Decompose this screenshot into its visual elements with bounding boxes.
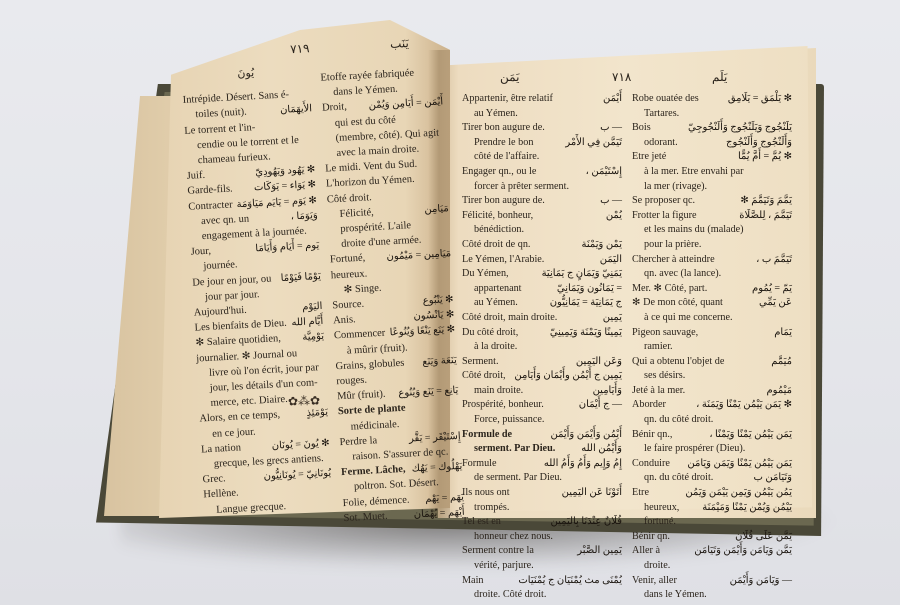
entry-arabic: أَيْمُن وَأَيْمَن وَأَيْمَن (550, 428, 622, 443)
entry-french: Etre (632, 486, 681, 501)
entry-french: qn. du côté droit. (644, 413, 792, 428)
dictionary-entry: côté de l'affaire. (462, 150, 622, 165)
dictionary-entry: ses désirs. (632, 369, 792, 384)
dictionary-entry: qn. du côté droit. (632, 413, 792, 428)
entry-french: Du côté droit, (462, 326, 546, 341)
entry-arabic: يَمُن يَيْمُن وَيَمِن يَيْمَن وَيَمُن (685, 486, 792, 501)
left-running-head: يَنَب (390, 36, 410, 52)
dictionary-entry: Etreيَمُن يَيْمُن وَيَمِن يَيْمَن وَيَمُ… (632, 486, 792, 501)
entry-arabic: إِمُ وَإِيم وَأَمُ وَأَمُ الله (544, 457, 622, 472)
entry-arabic: ✻ يُمَّ = أَمَّ يُمًّا (738, 150, 792, 165)
dictionary-entry: Venir, aller— وَيَامَن وَأَيْمَن (632, 574, 792, 589)
dictionary-entry: Aborder✻ يَمَن يَيْمُن يَمْنًا وَيَمَنَة… (632, 398, 792, 413)
dictionary-entry: odorant.وَأَلَنْجُوج وَأَلَنْجُوج (632, 136, 792, 151)
entry-french: Prendre le bon (474, 136, 561, 151)
entry-french: Robe ouatée des (632, 92, 724, 107)
entry-arabic: أَيْمَن (603, 92, 622, 107)
dictionary-entry: le faire prospérer (Dieu). (632, 442, 792, 457)
entry-arabic: — ب (600, 194, 622, 209)
entry-french: et les mains du (malade) (644, 223, 792, 238)
entry-french: Félicité, bonheur, (462, 209, 602, 224)
left-page-number: ٧١٩ (290, 41, 310, 57)
dictionary-entry: à ce qui me concerne. (632, 311, 792, 326)
entry-arabic: يُونَانِيّ = يُونَانِيُّون (263, 466, 331, 485)
entry-french: le faire prospérer (Dieu). (644, 442, 792, 457)
entry-french: Prospérité, bonheur. (462, 398, 575, 413)
entry-french: Qui a obtenu l'objet de (632, 355, 767, 370)
dictionary-entry: Mainيُمْنَى مث يُمْنَيَان ج يُمْنَيَات (462, 574, 622, 589)
dictionary-entry: Formuleإِمُ وَإِيم وَأَمُ وَأَمُ الله (462, 457, 622, 472)
entry-french: Conduire (632, 457, 683, 472)
dictionary-entry: Côté droit de qn.يَمْن وَيَمْنَة (462, 238, 622, 253)
entry-french: odorant. (644, 136, 722, 151)
entry-arabic: = يَمَانُون وَيَمَانِيّ (557, 282, 622, 297)
dictionary-entry: Force, puissance. (462, 413, 622, 428)
entry-french: pour la prière. (644, 238, 792, 253)
entry-arabic: فُلَانٌ عِنْدَنَا بِاليَمِين (551, 515, 622, 530)
dictionary-entry: Tirer bon augure de.— ب (462, 121, 622, 136)
dictionary-entry: Etre jeté✻ يُمَّ = أَمَّ يُمًّا (632, 150, 792, 165)
entry-french: qn. avec (la lance). (644, 267, 792, 282)
dictionary-entry: heureux,يَيْمُن وَيُمْن يَمْنًا وَمَيْمَ… (632, 501, 792, 516)
dictionary-entry: droite. (632, 559, 792, 574)
left-col-1: يُونَ Intrépide. Désert. Sans é-toiles (… (181, 63, 334, 533)
dictionary-entry: à la mer. Etre envahi par (632, 165, 792, 180)
dictionary-entry: ✻ De mon côté, quantعَن يَمِّي (632, 296, 792, 311)
entry-arabic: يَمّ = يُمُوم (752, 282, 792, 297)
entry-arabic: يُمْنَى مث يُمْنَيَان ج يُمْنَيَات (518, 574, 622, 589)
entry-french: main droite. (474, 384, 589, 399)
dictionary-entry: à la droite. (462, 340, 622, 355)
dictionary-entry: vérité, parjure. (462, 559, 622, 574)
dictionary-entry: Bénir qn.,يَمَن يَيْمُن يَمْنًا وَيَمْنً… (632, 428, 792, 443)
entry-french: Fortuné, heureux. (330, 250, 384, 283)
left-page-text: ٧١٩ يَنَب يُونَ Intrépide. Désert. Sans … (180, 34, 461, 447)
left-col-2: Etoffe rayée fabriquéedans le Yémen.Droi… (320, 56, 465, 526)
entry-arabic: يُمْن (606, 209, 622, 224)
dictionary-entry: appartenant= يَمَانُون وَيَمَانِيّ (462, 282, 622, 297)
entry-arabic: يَمَنِيّ وَيَمَانٍ ج يَمَانِيَة (542, 267, 622, 282)
entry-arabic: أَتَوْنَا عَن اليَمِين (562, 486, 622, 501)
dictionary-entry: bénédiction. (462, 223, 622, 238)
entry-french: vérité, parjure. (474, 559, 622, 574)
entry-arabic: يَمِين (603, 311, 622, 326)
dictionary-entry: Engager qn., ou leإِسْتَيْمَن ، (462, 165, 622, 180)
dictionary-entry: Serment.وَعَن اليَمِين (462, 355, 622, 370)
entry-french: Félicité, prospérité. L'aile (339, 202, 421, 237)
entry-french: Jeté à la mer. (632, 384, 762, 399)
dictionary-entry: qn. du côté droit.وَتَيَامَن ب (632, 471, 792, 486)
entry-french: Appartenir, être relatif (462, 92, 599, 107)
dictionary-entry: Conduireيَمَن يَيْمُن يَمْنًا وَيَمَن وَ… (632, 457, 792, 472)
entry-arabic: يَمِين الصَّبْر (577, 544, 622, 559)
entry-french: ✻ De mon côté, quant (632, 296, 755, 311)
dictionary-entry: forcer à prêter serment. (462, 180, 622, 195)
entry-french: droite. Côté droit. (474, 588, 622, 603)
entry-list: Robe ouatée des✻ يَلْمَق = يَلَامِقTarta… (632, 92, 792, 603)
entry-french: Frotter la figure (632, 209, 735, 224)
entry-arabic: أَيْهَم = يُهْمَان (413, 505, 465, 523)
entry-arabic: وَأَلَنْجُوج وَأَلَنْجُوج (726, 136, 792, 151)
entry-arabic: وَعَن اليَمِين (576, 355, 622, 370)
entry-arabic: تَيَمَّمَ ، لِلصَّلَاة (739, 209, 792, 224)
entry-french: Côté droit de qn. (462, 238, 578, 253)
entry-arabic: تَيَمَّن فِي الأَمْر (565, 136, 622, 151)
entry-arabic: — ج أَيْمَان (579, 398, 622, 413)
dictionary-entry: Côté droit, main droite.يَمِين (462, 311, 622, 326)
dictionary-entry: et les mains du (malade) (632, 223, 792, 238)
entry-french: forcer à prêter serment. (474, 180, 622, 195)
entry-french: à ce qui me concerne. (644, 311, 792, 326)
entry-french: Serment contre la (462, 544, 573, 559)
dictionary-entry: Ils nous ontأَتَوْنَا عَن اليَمِين (462, 486, 622, 501)
dictionary-entry: de serment. Par Dieu. (462, 471, 622, 486)
entry-french: Se proposer qc. (632, 194, 736, 209)
right-page-columns: Appartenir, être relatifأَيْمَنau Yémen.… (462, 92, 792, 603)
entry-arabic: يَمَن يَيْمُن يَمْنًا وَيَمَن وَيَامَن (687, 457, 792, 472)
dictionary-entry: qn. avec (la lance). (632, 267, 792, 282)
entry-arabic: — وَيَامَن وَأَيْمَن (730, 574, 792, 589)
entry-arabic: يَمْن وَيَمْنَة (582, 238, 622, 253)
entry-french: Côté droit, (462, 369, 510, 384)
entry-arabic: يَمَام (774, 326, 792, 341)
dictionary-entry: honneur chez nous. (462, 530, 622, 545)
dictionary-entry: main droite.وَأَيَامِين (462, 384, 622, 399)
entry-french: appartenant (474, 282, 553, 297)
dictionary-entry: Mer. ✻ Côté, part.يَمّ = يُمُوم (632, 282, 792, 297)
entry-french: Aller à (632, 544, 690, 559)
entry-list: Appartenir, être relatifأَيْمَنau Yémen.… (462, 92, 622, 603)
entry-french: Bénir qn. (632, 530, 731, 545)
right-col-2: Robe ouatée des✻ يَلْمَق = يَلَامِقTarta… (632, 92, 792, 603)
entry-arabic: يَمَّمَ وَتَيَمَّمَ ✻ (740, 194, 792, 209)
dictionary-entry: droite. Côté droit. (462, 588, 622, 603)
entry-french: la mer (rivage). (644, 180, 792, 195)
entry-french: honneur chez nous. (474, 530, 622, 545)
entry-french: Grec. Hellène. (202, 470, 261, 503)
entry-french: bénédiction. (474, 223, 622, 238)
entry-arabic: أَيَّام الله (291, 314, 324, 331)
entry-french: Bénir qn., (632, 428, 705, 443)
entry-french: serment. Par Dieu. (474, 442, 577, 457)
dictionary-entry: ramier. (632, 340, 792, 355)
dictionary-entry: Prospérité, bonheur.— ج أَيْمَان (462, 398, 622, 413)
entry-french: Le Yémen, l'Arabie. (462, 253, 596, 268)
entry-french: dans le Yémen. (644, 588, 792, 603)
entry-arabic: يَمَن يَيْمُن يَمْنًا وَيَمْنًا ، (709, 428, 792, 443)
dictionary-entry: Boisيَلَنْجُوج وَيَلَنْجُوج وَأَلَنْجُوج… (632, 121, 792, 136)
right-running-head-left: يَمَن (500, 70, 519, 85)
right-col-1: Appartenir, être relatifأَيْمَنau Yémen.… (462, 92, 622, 603)
entry-french: à la droite. (474, 340, 622, 355)
entry-french: Pigeon sauvage, (632, 326, 770, 341)
dictionary-entry: Tartares. (632, 107, 792, 122)
dictionary-entry: dans le Yémen. (632, 588, 792, 603)
entry-arabic: اليَمَن (600, 253, 622, 268)
entry-french: Bois (632, 121, 684, 136)
entry-arabic: وَتَيَامَن ب (753, 471, 792, 486)
entry-french: au Yémen. (474, 296, 546, 311)
entry-french: Ils nous ont (462, 486, 558, 501)
dictionary-entry: Serment contre laيَمِين الصَّبْر (462, 544, 622, 559)
dictionary-entry: Pigeon sauvage,يَمَام (632, 326, 792, 341)
dictionary-entry: Le Yémen, l'Arabie.اليَمَن (462, 253, 622, 268)
dictionary-entry: Frotter la figureتَيَمَّمَ ، لِلصَّلَاة (632, 209, 792, 224)
entry-arabic: ✻ يَنْبُوع (422, 292, 454, 309)
dictionary-entry: Tel est enفُلَانٌ عِنْدَنَا بِاليَمِين (462, 515, 622, 530)
entry-french: à la mer. Etre envahi par (644, 165, 792, 180)
entry-list: Intrépide. Désert. Sans é-toiles (nuit).… (182, 86, 333, 518)
entry-french: Du Yémen, (462, 267, 538, 282)
dictionary-entry: serment. Par Dieu.وَأَيْمُن الله (462, 442, 622, 457)
entry-arabic: وَيَوَمَا ، (290, 208, 318, 225)
entry-french: heureux, (644, 501, 698, 516)
dictionary-entry: Du Yémen,يَمَنِيّ وَيَمَانٍ ج يَمَانِيَة (462, 267, 622, 282)
entry-arabic: وَأَيْمُن الله (581, 442, 622, 457)
dictionary-entry: Formule deأَيْمُن وَأَيْمَن وَأَيْمَن (462, 428, 622, 443)
entry-french: Tirer bon augure de. (462, 194, 596, 209)
dictionary-entry: au Yémen. (462, 107, 622, 122)
entry-arabic: يَلَنْجُوج وَيَلَنْجُوج وَأَلَنْجُوجِيّ (688, 121, 792, 136)
entry-french: Chercher à atteindre (632, 253, 752, 268)
entry-arabic: يَوْمِيَّة (302, 329, 324, 345)
right-page-text: يَمَن ٧١٨ يَلَم Appartenir, être relatif… (462, 70, 792, 470)
entry-arabic: يَمِينًا وَيَمْنَة وَيَمِينِيّ (550, 326, 622, 341)
entry-french: Grains, globules rouges. (335, 355, 419, 390)
dictionary-entry: Côté droit,يَمِين ج أَيْمُن وأَيْمَان وَ… (462, 369, 622, 384)
entry-french: fortuné. (644, 515, 792, 530)
entry-arabic: مُيَمَّم (771, 355, 792, 370)
entry-arabic: ✻ يَمَن يَيْمُن يَمْنًا وَيَمَنَة ، (696, 398, 792, 413)
right-page-header: يَمَن ٧١٨ يَلَم (462, 70, 792, 92)
entry-french: Mer. ✻ Côté, part. (632, 282, 748, 297)
entry-french: ses désirs. (644, 369, 792, 384)
dictionary-entry: fortuné. (632, 515, 792, 530)
entry-arabic: مَيْمُوم (766, 384, 792, 399)
photo-scene: ٧١٩ يَنَب يُونَ Intrépide. Désert. Sans … (0, 0, 900, 605)
entry-french: Côté droit, main droite. (462, 311, 599, 326)
dictionary-entry: Se proposer qc.يَمَّمَ وَتَيَمَّمَ ✻ (632, 194, 792, 209)
dictionary-entry: Qui a obtenu l'objet deمُيَمَّم (632, 355, 792, 370)
entry-french: de serment. Par Dieu. (474, 471, 622, 486)
entry-french: Formule (462, 457, 540, 472)
entry-french: Tartares. (644, 107, 792, 122)
entry-french: Formule de (462, 428, 546, 443)
dictionary-entry: Chercher à atteindreتَيَمَّمَ ب ، (632, 253, 792, 268)
dictionary-entry: Appartenir, être relatifأَيْمَن (462, 92, 622, 107)
dictionary-entry: Félicité, bonheur,يُمْن (462, 209, 622, 224)
entry-french: Etre jeté (632, 150, 734, 165)
left-page-columns: يُونَ Intrépide. Désert. Sans é-toiles (… (181, 56, 465, 533)
entry-arabic: يَمَّن عَلَى فُلَان (735, 530, 792, 545)
dictionary-entry: Prendre le bonتَيَمَّن فِي الأَمْر (462, 136, 622, 151)
dictionary-entry: pour la prière. (632, 238, 792, 253)
entry-french: qn. du côté droit. (644, 471, 749, 486)
entry-french: Aborder (632, 398, 692, 413)
dictionary-entry: la mer (rivage). (632, 180, 792, 195)
right-running-head-right: يَلَم (712, 70, 727, 85)
entry-arabic: مَيَامِين = مَيْمُون (386, 247, 451, 266)
entry-french: Serment. (462, 355, 572, 370)
entry-arabic: إِسْتَيْمَن ، (586, 165, 622, 180)
dictionary-entry: Du côté droit,يَمِينًا وَيَمْنَة وَيَمِي… (462, 326, 622, 341)
entry-arabic: عَن يَمِّي (759, 296, 792, 311)
entry-french: trompés. (474, 501, 622, 516)
dictionary-entry: Tirer bon augure de.— ب (462, 194, 622, 209)
entry-arabic: مَيَامِن (424, 201, 449, 217)
entry-list: Etoffe rayée fabriquéedans le Yémen.Droi… (320, 64, 465, 526)
page-ornament: ✿⁂✿ (288, 393, 321, 409)
entry-arabic: اليَوْم (302, 299, 323, 315)
entry-french: Tel est en (462, 515, 547, 530)
entry-arabic: تَيَمَّمَ ب ، (756, 253, 792, 268)
dictionary-entry: Jeté à la mer.مَيْمُوم (632, 384, 792, 399)
entry-french: Tirer bon augure de. (462, 121, 596, 136)
entry-arabic: ✻ يَلْمَق = يَلَامِق (728, 92, 792, 107)
dictionary-entry: Bénir qn.يَمَّن عَلَى فُلَان (632, 530, 792, 545)
entry-french: droite. (644, 559, 792, 574)
entry-french: côté de l'affaire. (474, 150, 622, 165)
entry-french: ramier. (644, 340, 792, 355)
entry-arabic: — ب (600, 121, 622, 136)
entry-french: Venir, aller (632, 574, 726, 589)
entry-french: Main (462, 574, 514, 589)
entry-arabic: يَمَّن وَيَامَن وَأَيْمَن وَتَيَامَن (694, 544, 792, 559)
entry-arabic: وَأَيَامِين (593, 384, 622, 399)
dictionary-entry: au Yémen.ج يَمَانِيَة = يَمَانِيُّون (462, 296, 622, 311)
entry-french: Engager qn., ou le (462, 165, 582, 180)
entry-arabic: الأَيهَمَان (280, 102, 313, 119)
dictionary-entry: Robe ouatée des✻ يَلْمَق = يَلَامِق (632, 92, 792, 107)
right-page-number: ٧١٨ (612, 70, 631, 85)
dictionary-entry: trompés. (462, 501, 622, 516)
entry-arabic: يَنَعَة وَيَنَع (422, 353, 457, 370)
entry-arabic: ج يَمَانِيَة = يَمَانِيُّون (550, 296, 622, 311)
entry-french: au Yémen. (474, 107, 622, 122)
dictionary-entry: Aller àيَمَّن وَيَامَن وَأَيْمَن وَتَيَا… (632, 544, 792, 559)
entry-arabic: يَمِين ج أَيْمُن وأَيْمَان وَأَيَامِن (514, 369, 622, 384)
entry-french: Force, puissance. (474, 413, 622, 428)
entry-arabic: يَيْمُن وَيُمْن يَمْنًا وَمَيْمَنَة (702, 501, 792, 516)
